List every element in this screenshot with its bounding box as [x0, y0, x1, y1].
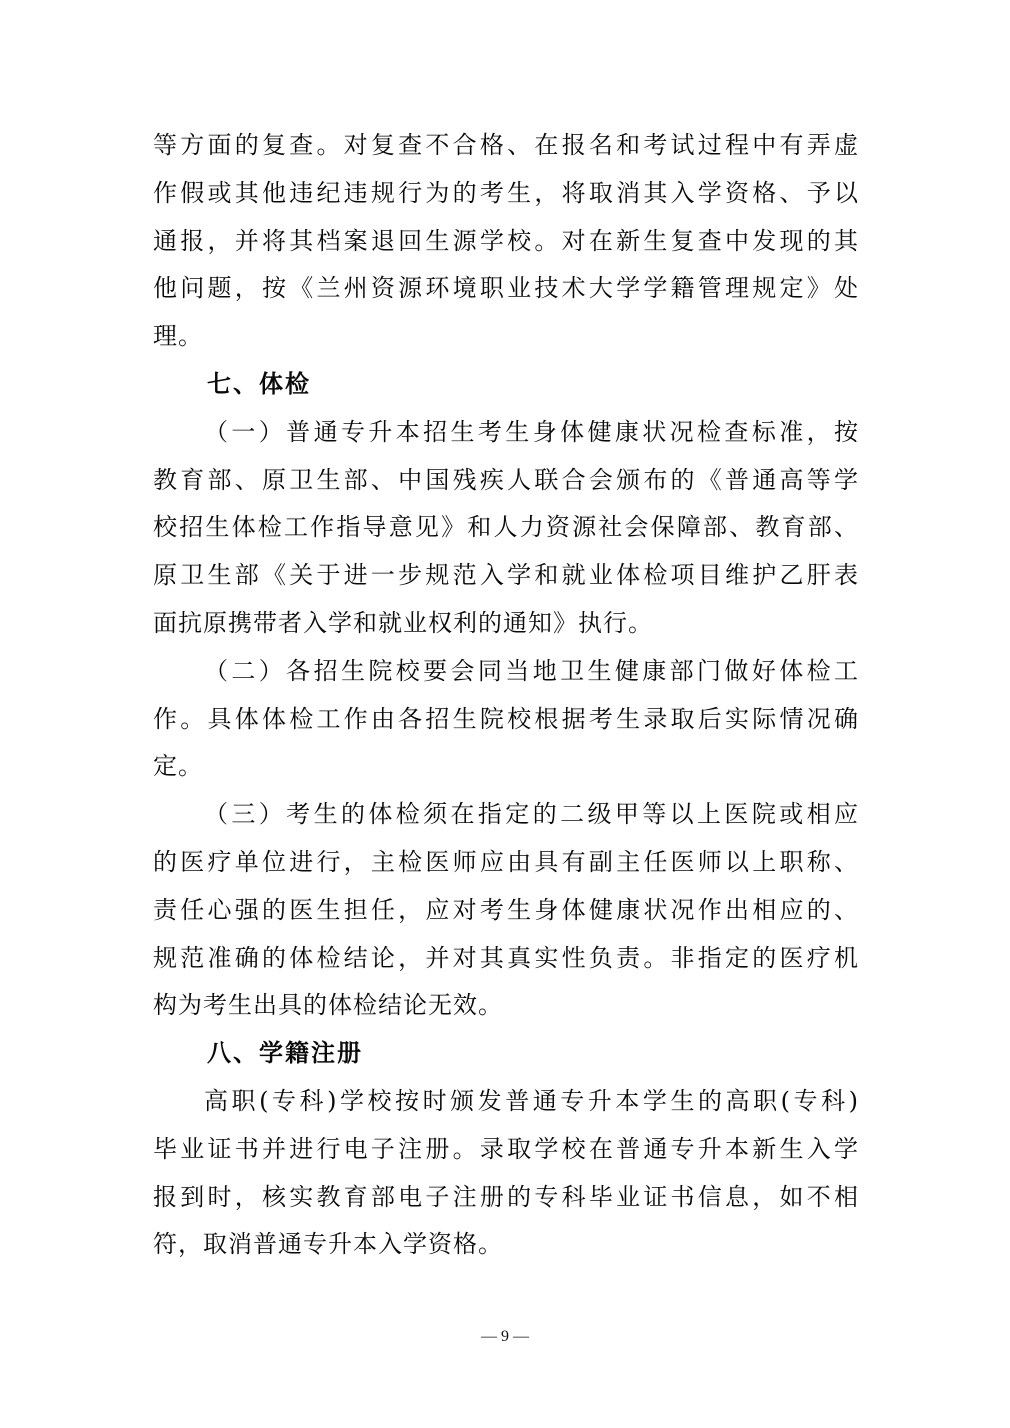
paragraph-exam-standard: （一）普通专升本招生考生身体健康状况检查标准，按 教育部、原卫生部、中国残疾人联…	[153, 409, 859, 648]
text-line: 毕业证书并进行电子注册。录取学校在普通专升本新生入学	[153, 1126, 859, 1174]
text-line: （三）考生的体检须在指定的二级甲等以上医院或相应	[153, 791, 859, 839]
text-line: 定。	[153, 743, 859, 791]
document-body: 等方面的复查。对复查不合格、在报名和考试过程中有弄虚 作假或其他违纪违规行为的考…	[153, 122, 859, 1269]
text-line: 责任心强的医生担任，应对考生身体健康状况作出相应的、	[153, 887, 859, 935]
text-line: 通报，并将其档案退回生源学校。对在新生复查中发现的其	[153, 218, 859, 266]
text-line: 的医疗单位进行，主检医师应由具有副主任医师以上职称、	[153, 839, 859, 887]
text-line: 他问题，按《兰州资源环境职业技术大学学籍管理规定》处	[153, 265, 859, 313]
text-line: 理。	[153, 313, 859, 361]
paragraph-exam-hospital: （三）考生的体检须在指定的二级甲等以上医院或相应 的医疗单位进行，主检医师应由具…	[153, 791, 859, 1030]
text-line: 等方面的复查。对复查不合格、在报名和考试过程中有弄虚	[153, 122, 859, 170]
paragraph-reexamination: 等方面的复查。对复查不合格、在报名和考试过程中有弄虚 作假或其他违纪违规行为的考…	[153, 122, 859, 361]
paragraph-exam-organization: （二）各招生院校要会同当地卫生健康部门做好体检工 作。具体体检工作由各招生院校根…	[153, 648, 859, 791]
text-line: 教育部、原卫生部、中国残疾人联合会颁布的《普通高等学	[153, 457, 859, 505]
text-line: 高职(专科)学校按时颁发普通专升本学生的高职(专科)	[153, 1078, 859, 1126]
page-number: — 9 —	[0, 1325, 1010, 1349]
text-line: 原卫生部《关于进一步规范入学和就业体检项目维护乙肝表	[153, 552, 859, 600]
paragraph-registration: 高职(专科)学校按时颁发普通专升本学生的高职(专科) 毕业证书并进行电子注册。录…	[153, 1078, 859, 1269]
text-line: 面抗原携带者入学和就业权利的通知》执行。	[153, 600, 859, 648]
text-line: 规范准确的体检结论，并对其真实性负责。非指定的医疗机	[153, 935, 859, 983]
text-line: （一）普通专升本招生考生身体健康状况检查标准，按	[153, 409, 859, 457]
text-line: 作。具体体检工作由各招生院校根据考生录取后实际情况确	[153, 696, 859, 744]
text-line: 校招生体检工作指导意见》和人力资源社会保障部、教育部、	[153, 504, 859, 552]
text-line: 作假或其他违纪违规行为的考生，将取消其入学资格、予以	[153, 170, 859, 218]
document-page: 等方面的复查。对复查不合格、在报名和考试过程中有弄虚 作假或其他违纪违规行为的考…	[0, 0, 1010, 1428]
text-line: 报到时，核实教育部电子注册的专科毕业证书信息，如不相	[153, 1174, 859, 1222]
text-line: 构为考生出具的体检结论无效。	[153, 982, 859, 1030]
section-heading-physical-exam: 七、体检	[153, 361, 859, 409]
text-line: （二）各招生院校要会同当地卫生健康部门做好体检工	[153, 648, 859, 696]
section-heading-enrollment-registration: 八、学籍注册	[153, 1030, 859, 1078]
text-line: 符，取消普通专升本入学资格。	[153, 1221, 859, 1269]
